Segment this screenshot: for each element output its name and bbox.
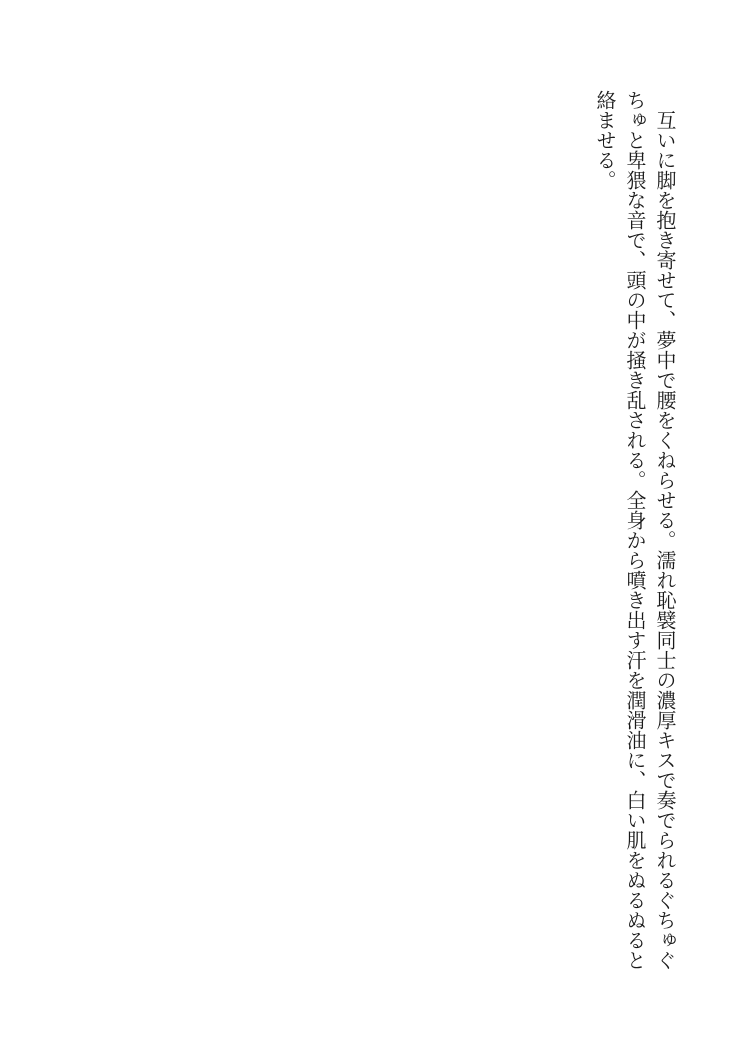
document-page: 互いに脚を抱き寄せて、夢中で腰をくねらせる。濡れ恥襞同士の濃厚キスで奏でられるぐ… bbox=[0, 0, 736, 1041]
vertical-text-block: 互いに脚を抱き寄せて、夢中で腰をくねらせる。濡れ恥襞同士の濃厚キスで奏でられるぐ… bbox=[590, 90, 680, 970]
paragraph: 互いに脚を抱き寄せて、夢中で腰をくねらせる。濡れ恥襞同士の濃厚キスで奏でられるぐ… bbox=[590, 90, 680, 970]
